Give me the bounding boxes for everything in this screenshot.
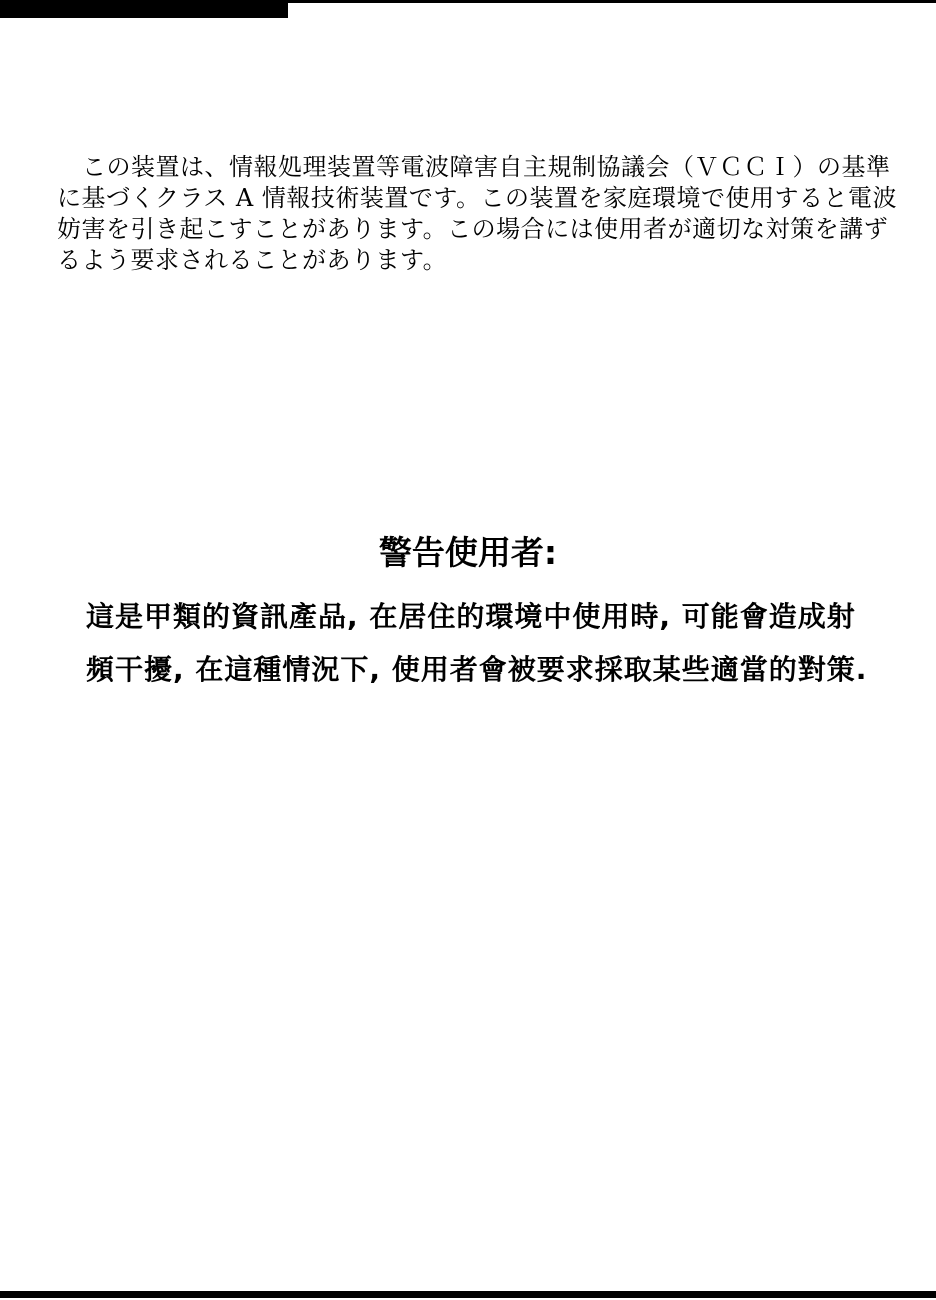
vcci-notice-line-4: るよう要求されることがあります。 <box>57 245 889 276</box>
footer-black-bar <box>0 1291 936 1298</box>
vcci-notice-line-2: に基づくクラス A 情報技術装置です。この装置を家庭環境で使用すると電波 <box>57 183 889 214</box>
vcci-notice-line-3: 妨害を引き起こすことがあります。この場合には使用者が適切な対策を講ず <box>57 214 889 245</box>
document-page: この装置は、情報処理装置等電波障害自主規制協議会（ＶＣＣＩ）の基準 に基づくクラ… <box>0 0 936 1300</box>
taiwan-warning-line-1: 這是甲類的資訊產品, 在居住的環境中使用時, 可能會造成射 <box>86 590 866 643</box>
vcci-notice-line-1: この装置は、情報処理装置等電波障害自主規制協議会（ＶＣＣＩ）の基準 <box>57 152 889 183</box>
taiwan-warning-title: 警告使用者: <box>0 534 936 572</box>
taiwan-warning-line-2: 頻干擾, 在這種情況下, 使用者會被要求採取某些適當的對策. <box>86 643 866 696</box>
taiwan-warning-body: 這是甲類的資訊產品, 在居住的環境中使用時, 可能會造成射 頻干擾, 在這種情況… <box>86 590 866 696</box>
vcci-notice-japanese: この装置は、情報処理装置等電波障害自主規制協議会（ＶＣＣＩ）の基準 に基づくクラ… <box>57 152 889 276</box>
header-black-bar <box>0 0 288 18</box>
